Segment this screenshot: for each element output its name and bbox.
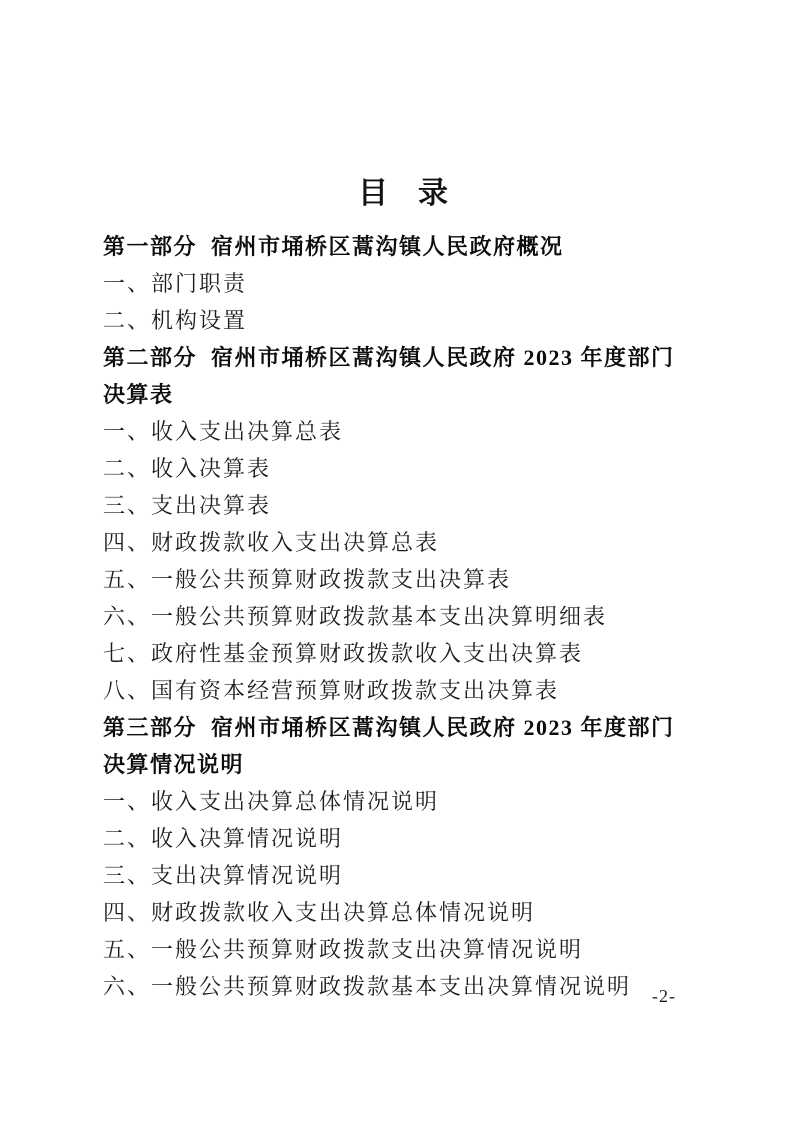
section-1-heading: 第一部分 宿州市埇桥区蒿沟镇人民政府概况 bbox=[103, 228, 703, 265]
toc-item: 二、收入决算情况说明 bbox=[103, 820, 703, 857]
toc-item: 一、部门职责 bbox=[103, 265, 703, 302]
toc-item: 六、一般公共预算财政拨款基本支出决算明细表 bbox=[103, 598, 703, 635]
section-2-heading-line-1: 第二部分 宿州市埇桥区蒿沟镇人民政府 2023 年度部门 bbox=[103, 339, 703, 376]
toc-item: 五、一般公共预算财政拨款支出决算表 bbox=[103, 561, 703, 598]
toc-item: 四、财政拨款收入支出决算总体情况说明 bbox=[103, 894, 703, 931]
toc-item: 六、一般公共预算财政拨款基本支出决算情况说明 bbox=[103, 968, 703, 1005]
toc-item: 七、政府性基金预算财政拨款收入支出决算表 bbox=[103, 635, 703, 672]
section-2-heading-line-2: 决算表 bbox=[103, 376, 703, 413]
toc-item: 三、支出决算表 bbox=[103, 487, 703, 524]
toc-item: 三、支出决算情况说明 bbox=[103, 857, 703, 894]
toc-content: 目 录 第一部分 宿州市埇桥区蒿沟镇人民政府概况 一、部门职责 二、机构设置 第… bbox=[103, 172, 703, 1005]
document-page: 目 录 第一部分 宿州市埇桥区蒿沟镇人民政府概况 一、部门职责 二、机构设置 第… bbox=[0, 0, 793, 1122]
toc-item: 二、收入决算表 bbox=[103, 450, 703, 487]
toc-item: 一、收入支出决算总体情况说明 bbox=[103, 783, 703, 820]
section-3-heading-line-1: 第三部分 宿州市埇桥区蒿沟镇人民政府 2023 年度部门 bbox=[103, 709, 703, 746]
page-number: -2- bbox=[652, 986, 676, 1007]
toc-item: 五、一般公共预算财政拨款支出决算情况说明 bbox=[103, 931, 703, 968]
toc-item: 四、财政拨款收入支出决算总表 bbox=[103, 524, 703, 561]
document-title: 目 录 bbox=[103, 172, 703, 216]
toc-item: 二、机构设置 bbox=[103, 302, 703, 339]
toc-item: 一、收入支出决算总表 bbox=[103, 413, 703, 450]
section-3-heading-line-2: 决算情况说明 bbox=[103, 746, 703, 783]
toc-item: 八、国有资本经营预算财政拨款支出决算表 bbox=[103, 672, 703, 709]
